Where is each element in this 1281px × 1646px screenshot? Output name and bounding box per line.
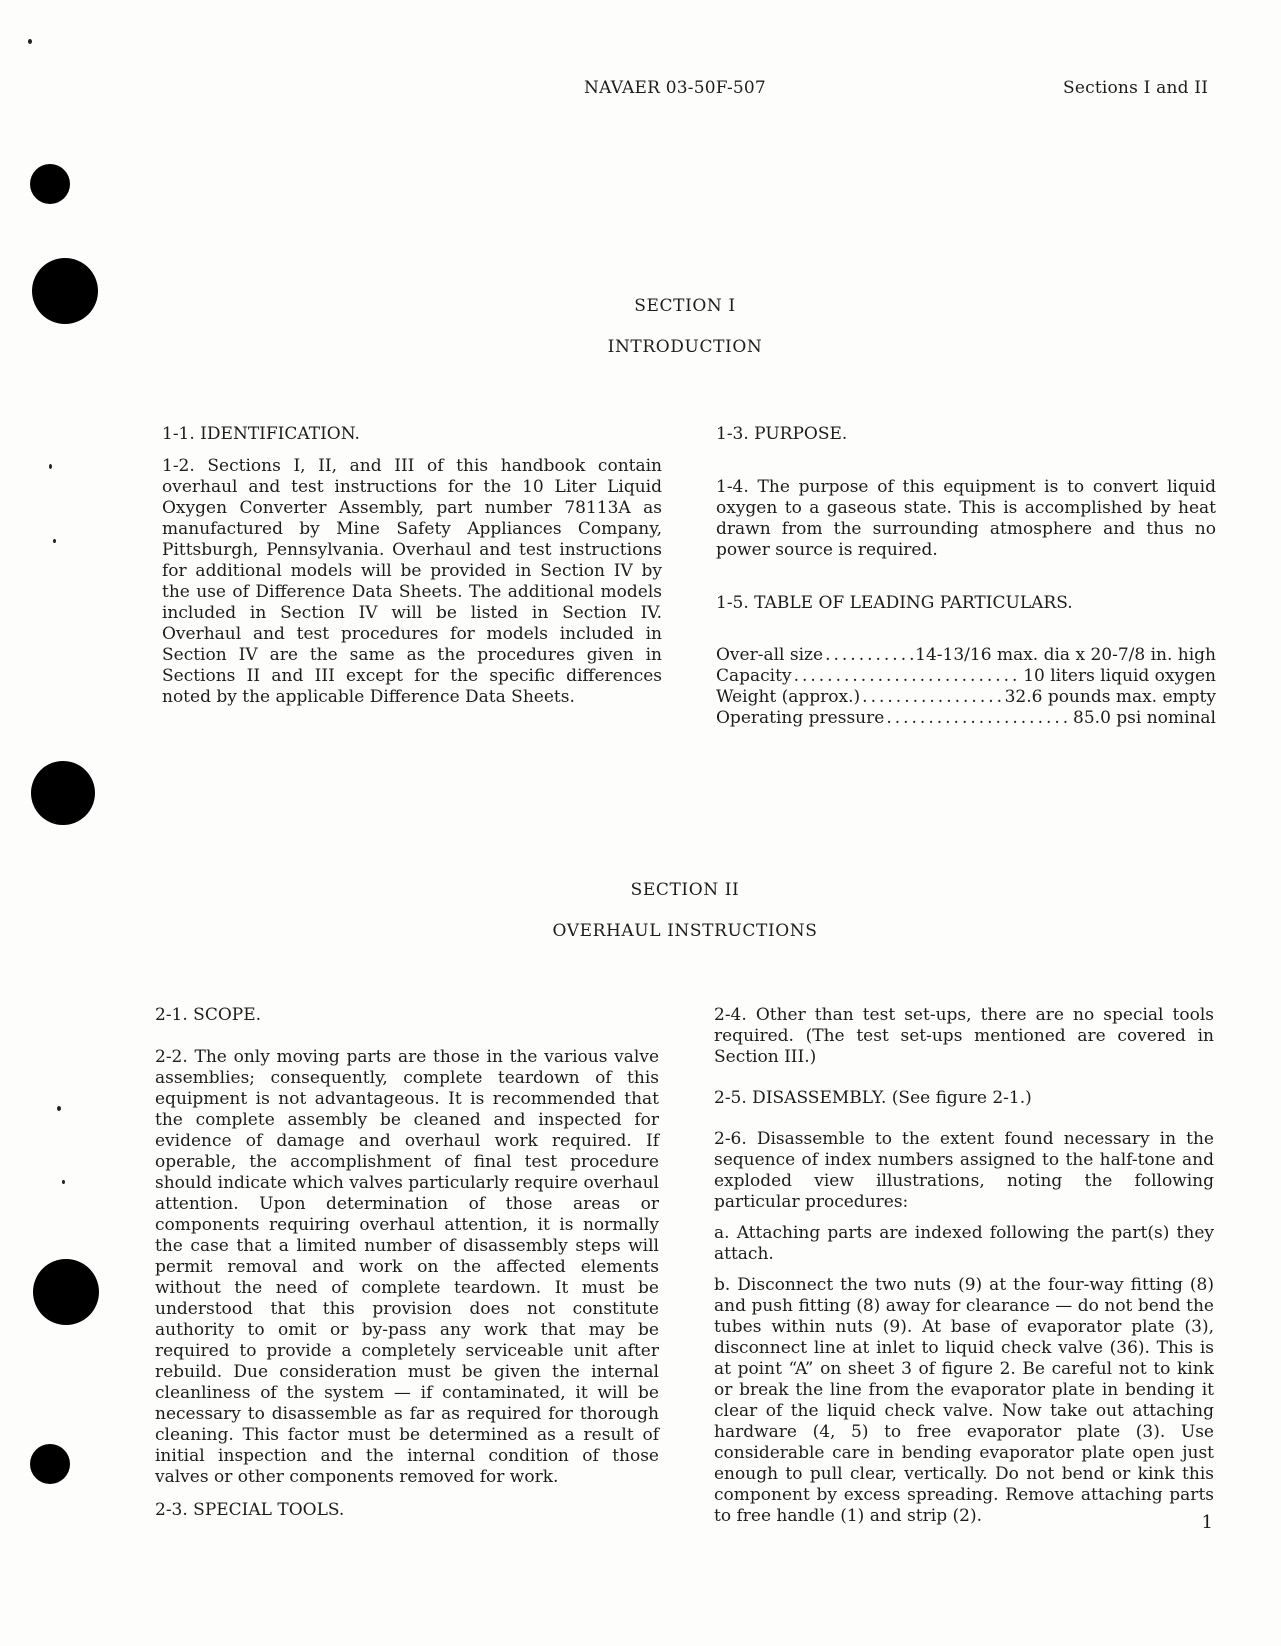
special-tools-heading: 2-3. SPECIAL TOOLS. — [155, 1500, 659, 1521]
scope-heading: 2-1. SCOPE. — [155, 1005, 659, 1026]
binder-hole — [30, 164, 70, 204]
paragraph-2-2: 2-2. The only moving parts are those in … — [155, 1047, 659, 1488]
page-number: 1 — [1202, 1512, 1213, 1533]
section-1-subtitle: INTRODUCTION — [0, 337, 1281, 357]
scan-speck — [49, 464, 52, 469]
section-2-right-column: 2-4. Other than test set-ups, there are … — [714, 1005, 1214, 1527]
scan-speck — [57, 1106, 61, 1111]
paragraph-2-6: 2-6. Disassemble to the extent found nec… — [714, 1129, 1214, 1213]
step-a: a. Attaching parts are indexed following… — [714, 1223, 1214, 1265]
sections-label: Sections I and II — [1063, 78, 1208, 98]
document-number: NAVAER 03-50F-507 — [584, 78, 766, 98]
binder-hole — [33, 1259, 99, 1325]
scan-speck — [28, 39, 32, 44]
scan-speck — [62, 1180, 65, 1184]
table-heading: 1-5. TABLE OF LEADING PARTICULARS. — [716, 593, 1216, 614]
particulars-table: Over-all size14-13/16 max. dia x 20-7/8 … — [716, 645, 1216, 729]
particulars-row: Capacity10 liters liquid oxygen — [716, 666, 1216, 687]
paragraph-2-4: 2-4. Other than test set-ups, there are … — [714, 1005, 1214, 1068]
paragraph-1-2: 1-2. Sections I, II, and III of this han… — [162, 456, 662, 708]
binder-hole — [30, 1444, 70, 1484]
section-1-title: SECTION I — [0, 296, 1281, 316]
disassembly-heading: 2-5. DISASSEMBLY. (See figure 2-1.) — [714, 1088, 1214, 1109]
particulars-row: Operating pressure85.0 psi nominal — [716, 708, 1216, 729]
section-2-left-column: 2-1. SCOPE. 2-2. The only moving parts a… — [155, 1005, 659, 1521]
section-2-title: SECTION II — [0, 880, 1281, 900]
section-1-right-column: 1-3. PURPOSE. 1-4. The purpose of this e… — [716, 424, 1216, 729]
paragraph-1-4: 1-4. The purpose of this equipment is to… — [716, 477, 1216, 561]
step-b: b. Disconnect the two nuts (9) at the fo… — [714, 1275, 1214, 1527]
section-2-subtitle: OVERHAUL INSTRUCTIONS — [0, 921, 1281, 941]
particulars-row: Weight (approx.)32.6 pounds max. empty — [716, 687, 1216, 708]
section-1-left-column: 1-1. IDENTIFICATION. 1-2. Sections I, II… — [162, 424, 662, 708]
identification-heading: 1-1. IDENTIFICATION. — [162, 424, 662, 445]
scan-speck — [53, 539, 56, 543]
binder-hole — [31, 761, 95, 825]
purpose-heading: 1-3. PURPOSE. — [716, 424, 1216, 445]
particulars-row: Over-all size14-13/16 max. dia x 20-7/8 … — [716, 645, 1216, 666]
